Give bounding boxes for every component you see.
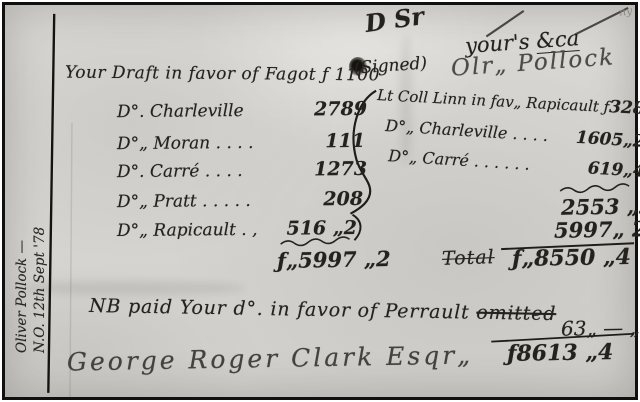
amount: 516 „2 bbox=[286, 218, 357, 240]
grand-total-amount: ƒ8613 „4 bbox=[507, 340, 614, 366]
omitted-amount: 63„ — „ bbox=[561, 316, 640, 339]
nb-note-struck-word: omitted bbox=[476, 302, 556, 325]
sum-squiggle-right bbox=[560, 184, 629, 192]
amount: 1605„2 bbox=[575, 129, 640, 152]
ledger-row: D°„ Moran . . . . 111 bbox=[117, 131, 365, 154]
payee-label: D°„ Moran . . . . bbox=[117, 134, 254, 154]
total-amount: ƒ„8550 „4 bbox=[512, 245, 631, 271]
paper-stain bbox=[25, 281, 245, 295]
ledger-row: D°„ Pratt . . . . . 208 bbox=[117, 189, 363, 212]
amount: 208 bbox=[323, 189, 363, 210]
document-paper: Oliver Pollock — N.O. 12th Sept '78 D Sr… bbox=[5, 5, 635, 397]
amount: 2789 bbox=[314, 99, 367, 120]
left-subtotal: ƒ„5997 „2 bbox=[277, 247, 391, 272]
amount: 328„4 bbox=[609, 98, 640, 120]
amount: 619„4 bbox=[587, 159, 640, 181]
endorsement-name: Oliver Pollock — bbox=[14, 189, 32, 353]
photo-frame: Oliver Pollock — N.O. 12th Sept '78 D Sr… bbox=[2, 2, 638, 400]
pencil-mark: ny bbox=[618, 5, 633, 19]
right-subtotal-new: 2553 „2 bbox=[561, 194, 640, 219]
payee-label: Lt Coll Linn in fav„ Rapicault ƒ bbox=[377, 87, 610, 116]
right-subtotal-carried: 5997„ 2 bbox=[554, 217, 640, 242]
payee-label: D°„ Rapicault . , bbox=[117, 221, 258, 241]
ledger-row: D°„ Rapicault . , 516 „2 bbox=[117, 218, 357, 241]
ledger-row: D°„ Carré . . . . . . 619„4 bbox=[388, 147, 640, 181]
payee-label: D°„ Pratt . . . . . bbox=[117, 192, 251, 212]
total-label: Total bbox=[442, 247, 495, 270]
salutation-abbrev: D Sr bbox=[363, 3, 425, 37]
ledger-row: D°„ Charleville . . . . 1605„2 bbox=[385, 117, 640, 152]
payee-label: D°„ Carré . . . . . . bbox=[388, 147, 531, 173]
endorsement-date: N.O. 12th Sept '78 bbox=[32, 189, 50, 353]
payee-label: D°„ Charleville . . . . bbox=[385, 117, 549, 145]
ledger-row: D°. Carré . . . . 1273 bbox=[117, 159, 367, 182]
ledger-row: Lt Coll Linn in fav„ Rapicault ƒ 328„4 bbox=[377, 86, 640, 119]
nb-note-text: NB paid Your d°. in favor of Perrault bbox=[89, 295, 477, 324]
amount: 111 bbox=[325, 131, 365, 152]
payee-label: D°. Charleville bbox=[117, 102, 244, 122]
payee-label: D°. Carré . . . . bbox=[117, 162, 243, 182]
amount: 1273 bbox=[314, 159, 367, 180]
addressee-name: George Roger Clark Esqr„ bbox=[67, 341, 474, 376]
left-account-title: Your Draft in favor of Fagot ƒ 1100 bbox=[65, 64, 380, 85]
margin-endorsement: Oliver Pollock — N.O. 12th Sept '78 bbox=[14, 189, 54, 353]
ledger-row: D°. Charleville 2789 bbox=[117, 99, 367, 122]
nb-note: NB paid Your d°. in favor of Perrault om… bbox=[89, 296, 557, 325]
